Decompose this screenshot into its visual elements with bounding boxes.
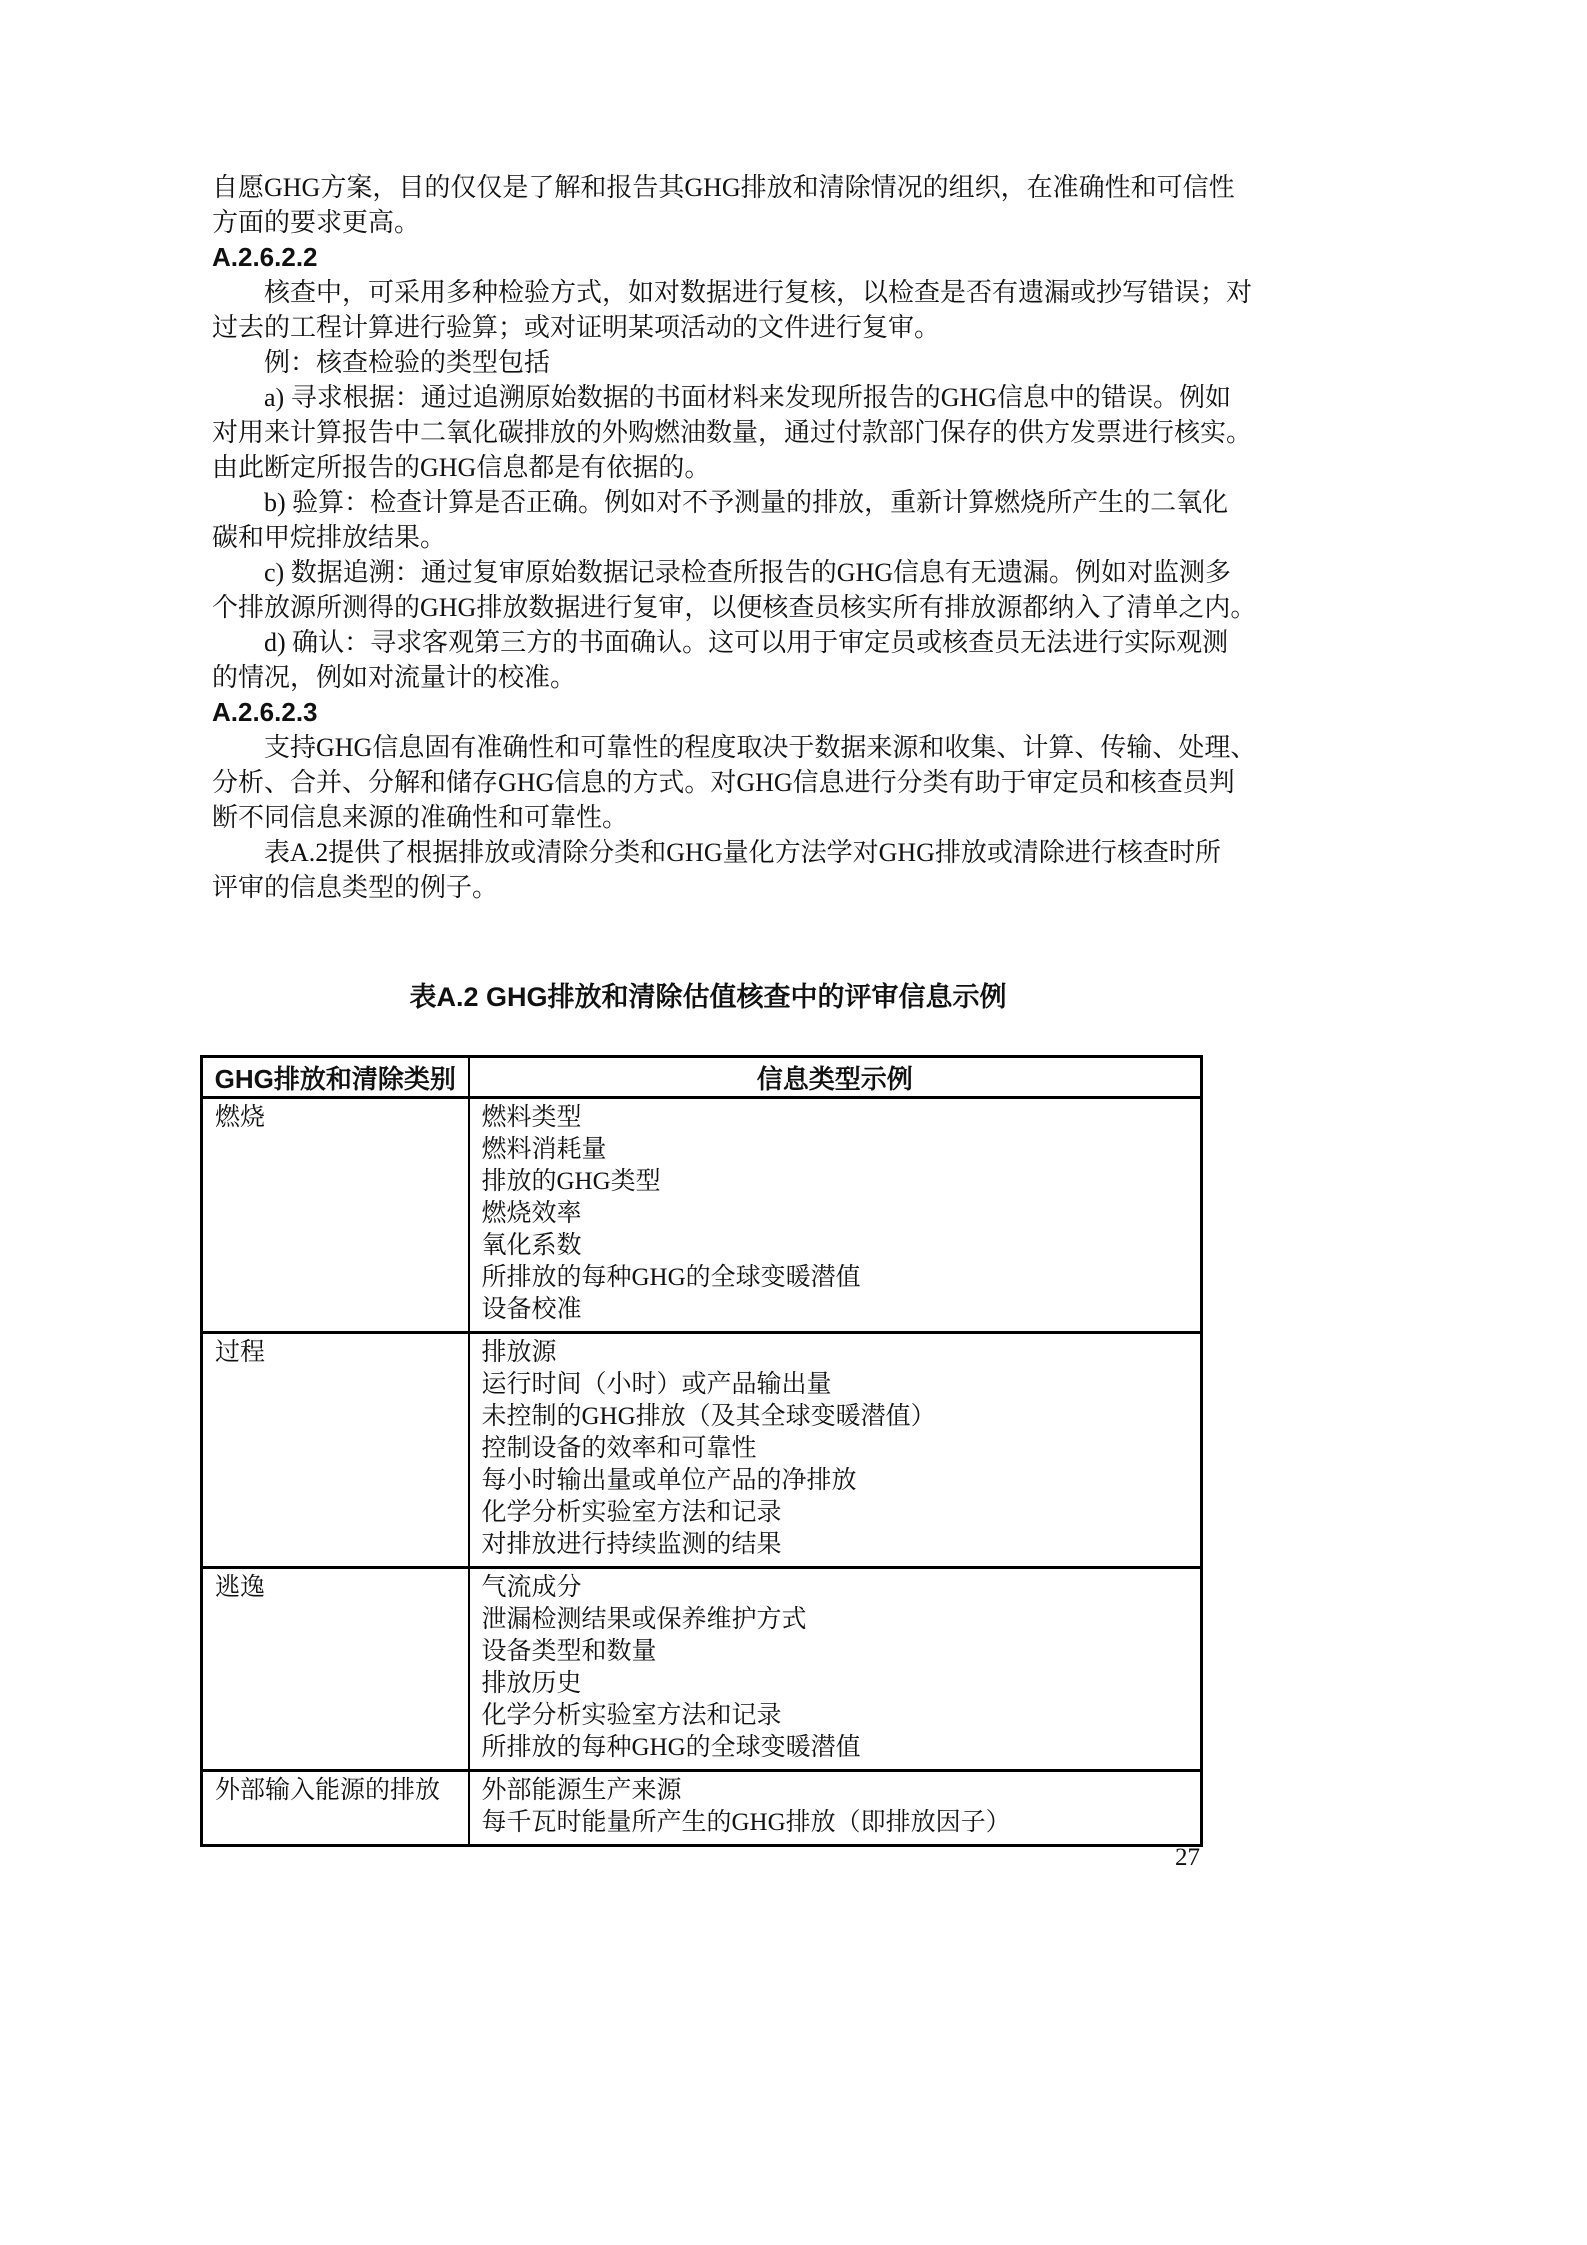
item-line: 燃料消耗量 <box>482 1134 1195 1166</box>
item-line: 燃烧效率 <box>482 1198 1195 1230</box>
item-line: 每小时输出量或单位产品的净排放 <box>482 1465 1195 1497</box>
body-line: 断不同信息来源的准确性和可靠性。 <box>212 800 1204 835</box>
document-page: 自愿GHG方案，目的仅仅是了解和报告其GHG排放和清除情况的组织，在准确性和可信… <box>0 0 1587 2245</box>
body-line: 方面的要求更高。 <box>212 205 1204 240</box>
table-row: 逃逸 气流成分 泄漏检测结果或保养维护方式 设备类型和数量 排放历史 化学分析实… <box>202 1568 1202 1771</box>
item-line: 未控制的GHG排放（及其全球变暖潜值） <box>482 1401 1195 1433</box>
body-line: 过去的工程计算进行验算；或对证明某项活动的文件进行复审。 <box>212 310 1204 345</box>
items-cell: 燃料类型 燃料消耗量 排放的GHG类型 燃烧效率 氧化系数 所排放的每种GHG的… <box>469 1098 1202 1333</box>
column-header-examples: 信息类型示例 <box>469 1057 1202 1098</box>
item-line: 化学分析实验室方法和记录 <box>482 1497 1195 1529</box>
list-item-c-line: 个排放源所测得的GHG排放数据进行复审，以便核查员核实所有排放源都纳入了清单之内… <box>212 590 1204 625</box>
item-line: 对排放进行持续监测的结果 <box>482 1529 1195 1561</box>
column-header-category: GHG排放和清除类别 <box>202 1057 469 1098</box>
body-line: 评审的信息类型的例子。 <box>212 870 1204 905</box>
item-line: 每千瓦时能量所产生的GHG排放（即排放因子） <box>482 1807 1195 1839</box>
list-item-d-line: d) 确认：寻求客观第三方的书面确认。这可以用于审定员或核查员无法进行实际观测 <box>212 625 1204 660</box>
clause-heading: A.2.6.2.3 <box>212 695 1204 730</box>
body-line: 自愿GHG方案，目的仅仅是了解和报告其GHG排放和清除情况的组织，在准确性和可信… <box>212 170 1204 205</box>
item-line: 外部能源生产来源 <box>482 1775 1195 1807</box>
item-line: 排放源 <box>482 1337 1195 1369</box>
body-line: 分析、合并、分解和储存GHG信息的方式。对GHG信息进行分类有助于审定员和核查员… <box>212 765 1204 800</box>
category-cell: 逃逸 <box>202 1568 469 1771</box>
items-cell: 排放源 运行时间（小时）或产品输出量 未控制的GHG排放（及其全球变暖潜值） 控… <box>469 1333 1202 1568</box>
item-line: 设备类型和数量 <box>482 1636 1195 1668</box>
item-line: 氧化系数 <box>482 1230 1195 1262</box>
item-line: 所排放的每种GHG的全球变暖潜值 <box>482 1262 1195 1294</box>
table-row: 燃烧 燃料类型 燃料消耗量 排放的GHG类型 燃烧效率 氧化系数 所排放的每种G… <box>202 1098 1202 1333</box>
list-item-b-line: 碳和甲烷排放结果。 <box>212 520 1204 555</box>
category-cell: 外部输入能源的排放 <box>202 1771 469 1846</box>
clause-heading: A.2.6.2.2 <box>212 240 1204 275</box>
item-line: 设备校准 <box>482 1294 1195 1326</box>
table-caption: 表A.2 GHG排放和清除估值核查中的评审信息示例 <box>212 980 1204 1015</box>
list-item-a-line: 由此断定所报告的GHG信息都是有依据的。 <box>212 450 1204 485</box>
item-line: 泄漏检测结果或保养维护方式 <box>482 1604 1195 1636</box>
table-row: 外部输入能源的排放 外部能源生产来源 每千瓦时能量所产生的GHG排放（即排放因子… <box>202 1771 1202 1846</box>
body-line: 表A.2提供了根据排放或清除分类和GHG量化方法学对GHG排放或清除进行核查时所 <box>212 835 1204 870</box>
table-header-row: GHG排放和清除类别 信息类型示例 <box>202 1057 1202 1098</box>
review-information-table: GHG排放和清除类别 信息类型示例 燃烧 燃料类型 燃料消耗量 排放的GHG类型… <box>200 1055 1203 1847</box>
items-cell: 外部能源生产来源 每千瓦时能量所产生的GHG排放（即排放因子） <box>469 1771 1202 1846</box>
item-line: 化学分析实验室方法和记录 <box>482 1700 1195 1732</box>
body-text: 自愿GHG方案，目的仅仅是了解和报告其GHG排放和清除情况的组织，在准确性和可信… <box>212 170 1204 1015</box>
category-cell: 过程 <box>202 1333 469 1568</box>
item-line: 气流成分 <box>482 1572 1195 1604</box>
list-item-a-line: 对用来计算报告中二氧化碳排放的外购燃油数量，通过付款部门保存的供方发票进行核实。 <box>212 415 1204 450</box>
item-line: 所排放的每种GHG的全球变暖潜值 <box>482 1732 1195 1764</box>
list-item-b-line: b) 验算：检查计算是否正确。例如对不予测量的排放，重新计算燃烧所产生的二氧化 <box>212 485 1204 520</box>
list-item-d-line: 的情况，例如对流量计的校准。 <box>212 660 1204 695</box>
page-number: 27 <box>1004 1840 1200 1875</box>
body-line: 核查中，可采用多种检验方式，如对数据进行复核，以检查是否有遗漏或抄写错误；对 <box>212 275 1204 310</box>
table-row: 过程 排放源 运行时间（小时）或产品输出量 未控制的GHG排放（及其全球变暖潜值… <box>202 1333 1202 1568</box>
body-line: 支持GHG信息固有准确性和可靠性的程度取决于数据来源和收集、计算、传输、处理、 <box>212 730 1204 765</box>
list-item-c-line: c) 数据追溯：通过复审原始数据记录检查所报告的GHG信息有无遗漏。例如对监测多 <box>212 555 1204 590</box>
item-line: 运行时间（小时）或产品输出量 <box>482 1369 1195 1401</box>
item-line: 排放的GHG类型 <box>482 1166 1195 1198</box>
category-cell: 燃烧 <box>202 1098 469 1333</box>
item-line: 排放历史 <box>482 1668 1195 1700</box>
item-line: 控制设备的效率和可靠性 <box>482 1433 1195 1465</box>
body-line: 例：核查检验的类型包括 <box>212 345 1204 380</box>
items-cell: 气流成分 泄漏检测结果或保养维护方式 设备类型和数量 排放历史 化学分析实验室方… <box>469 1568 1202 1771</box>
list-item-a-line: a) 寻求根据：通过追溯原始数据的书面材料来发现所报告的GHG信息中的错误。例如 <box>212 380 1204 415</box>
item-line: 燃料类型 <box>482 1102 1195 1134</box>
